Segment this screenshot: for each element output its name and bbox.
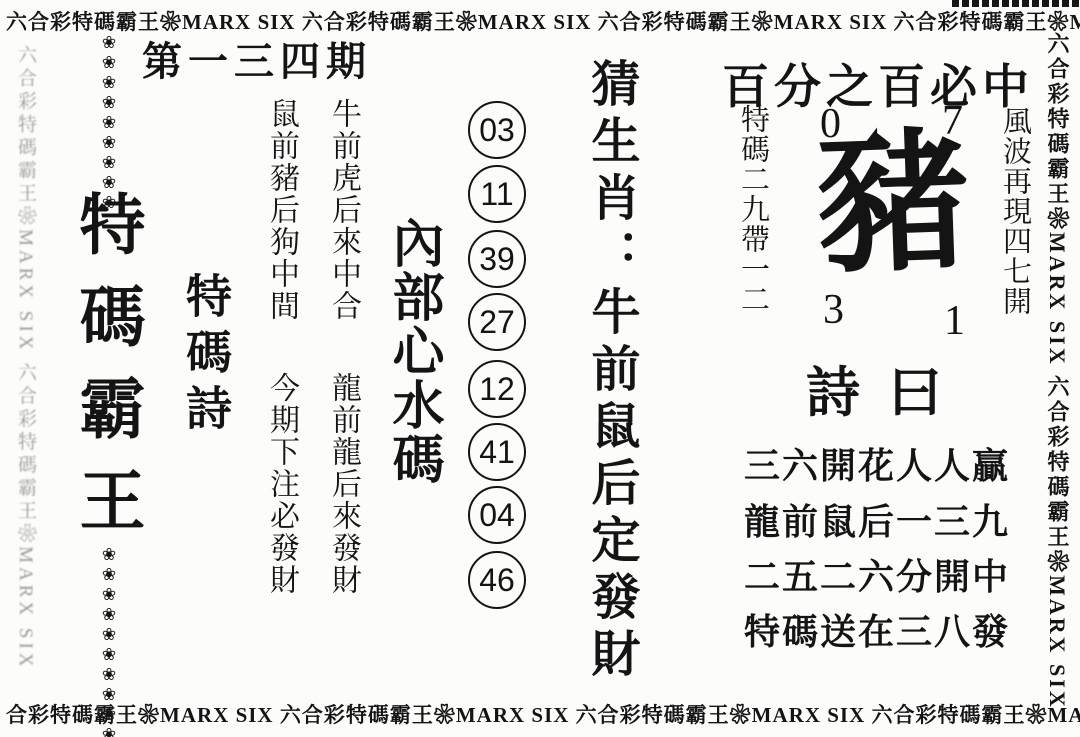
hot-number-ball: 04 xyxy=(468,486,526,544)
masthead-title: 特碼霸王 xyxy=(72,190,138,558)
right-border-text: 六合彩特碼霸王❀MARX SIX 六合彩特碼霸王❀MARX SIX xyxy=(1042,32,1073,734)
tip-sheet-page: 六合彩特碼霸王❀MARX SIX 六合彩特碼霸王❀MARX SIX 六合彩特碼霸… xyxy=(0,0,1080,737)
hot-number-ball: 39 xyxy=(468,230,526,288)
poem-title: 詩曰 xyxy=(806,350,970,427)
wind-wave-note: 風波再現四七開 xyxy=(1000,106,1029,316)
special-code-note: 特碼二九帶一二 xyxy=(738,104,767,314)
hot-number-ball: 46 xyxy=(468,551,526,609)
zodiac-guess-text: 猜生肖：牛前鼠后定發財 xyxy=(588,58,637,685)
flower-chain-top: ❀❀❀❀❀❀❀❀❀ xyxy=(101,33,118,213)
poem-line: 三六開花人人贏 xyxy=(744,438,1010,489)
corner-number-bottom-right: 1 xyxy=(944,297,965,345)
hot-number-ball: 11 xyxy=(468,165,526,223)
tip-column-dragon: 龍前龍后來發財 xyxy=(328,372,358,596)
tip-column-ox: 牛前虎后來中合 xyxy=(328,98,358,322)
tip-column-rat: 鼠前豬后狗中間 xyxy=(266,98,296,322)
hot-number-ball: 41 xyxy=(468,423,526,481)
tip-column-bet: 今期下注必發財 xyxy=(266,372,296,596)
left-faint-border-text: 六合彩特碼霸王❀MARX SIX 六合彩特碼霸王❀MARX SIX xyxy=(12,45,39,710)
poem-line: 特碼送在三八發 xyxy=(744,604,1010,655)
print-artifact-strip xyxy=(952,0,1080,7)
hot-number-ball: 03 xyxy=(468,101,526,159)
zodiac-character-pig: 豬 xyxy=(805,119,981,292)
hot-number-ball: 27 xyxy=(468,293,526,351)
corner-number-bottom-left: 3 xyxy=(823,286,844,334)
issue-number: 第一三四期 xyxy=(142,30,372,87)
poem-line: 龍前鼠后一三九 xyxy=(744,494,1010,545)
hot-numbers-label: 內部心水碼 xyxy=(386,216,438,486)
special-code-poem-label: 特碼詩 xyxy=(182,272,228,440)
bottom-border-text: 合彩特碼霸王❀MARX SIX 六合彩特碼霸王❀MARX SIX 六合彩特碼霸王… xyxy=(6,699,1080,729)
poem-line: 二五二六分開中 xyxy=(744,549,1010,600)
hot-number-ball: 12 xyxy=(468,360,526,418)
